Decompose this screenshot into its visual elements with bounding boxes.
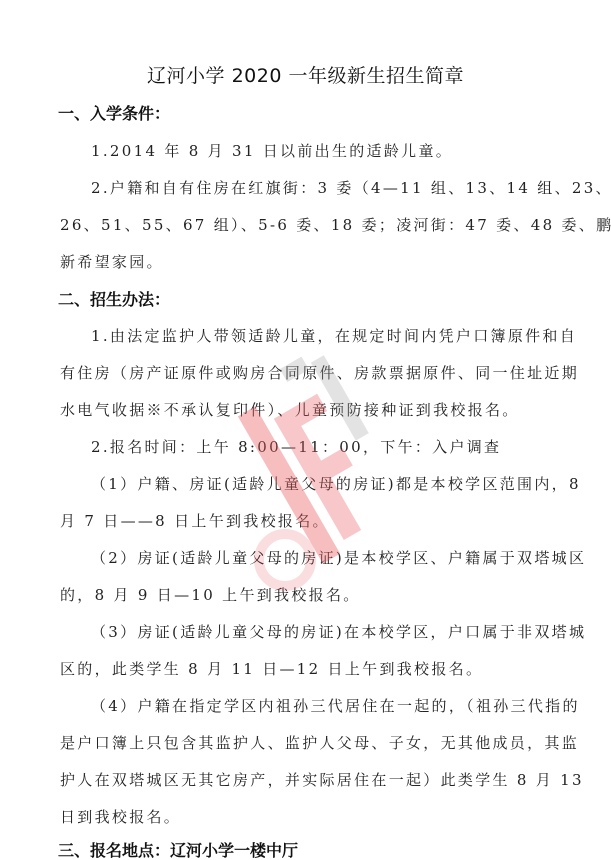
section-heading-registration-location: 三、报名地点：辽河小学一楼中厅 [58, 838, 298, 860]
document-title: 辽河小学 2020 一年级新生招生简章 [0, 61, 611, 88]
paragraph-line: 2.报名时间：上午 8:00—11：00，下午：入户调查 [91, 436, 581, 457]
paragraph-line: 日到我校报名。 [60, 806, 550, 827]
document-page: 辽河小学 2020 一年级新生招生简章 一、入学条件： 1.2014 年 8 月… [0, 0, 611, 860]
paragraph-line: 1.由法定监护人带领适龄儿童，在规定时间内凭户口簿原件和自 [91, 325, 581, 346]
paragraph-line: 护人在双塔城区无其它房产，并实际居住在一起）此类学生 8 月 13 [60, 769, 550, 790]
paragraph-line: 新希望家园。 [60, 251, 550, 272]
paragraph-line: 的，8 月 9 日—10 上午到我校报名。 [60, 584, 550, 605]
paragraph-line: （3）房证(适龄儿童父母的房证)在本校学区，户口属于非双塔城 [91, 621, 581, 642]
paragraph-line: 月 7 日——8 日上午到我校报名。 [60, 510, 550, 531]
paragraph-line: 区的，此类学生 8 月 11 日—12 日上午到我校报名。 [60, 658, 550, 679]
paragraph-line: 是户口簿上只包含其监护人、监护人父母、子女，无其他成员，其监 [60, 732, 550, 753]
paragraph-line: （2）房证(适龄儿童父母的房证)是本校学区、户籍属于双塔城区 [91, 547, 581, 568]
section-heading-enrollment-method: 二、招生办法： [58, 287, 170, 310]
paragraph-line: 水电气收据※不承认复印件）、儿童预防接种证到我校报名。 [60, 399, 550, 420]
paragraph-line: 有住房（房产证原件或购房合同原件、房款票据原件、同一住址近期 [60, 362, 550, 383]
paragraph-line: 2.户籍和自有住房在红旗街：3 委（4—11 组、13、14 组、23、 [91, 177, 581, 198]
section-heading-admission-conditions: 一、入学条件： [58, 101, 170, 124]
paragraph-line: 26、51、55、67 组）、5-6 委、18 委；凌河街：47 委、48 委、… [60, 214, 550, 235]
paragraph-line: 1.2014 年 8 月 31 日以前出生的适龄儿童。 [91, 140, 581, 161]
paragraph-line: （4）户籍在指定学区内祖孙三代居住在一起的，（祖孙三代指的 [91, 695, 581, 716]
paragraph-line: （1）户籍、房证(适龄儿童父母的房证)都是本校学区范围内，8 [91, 473, 581, 494]
